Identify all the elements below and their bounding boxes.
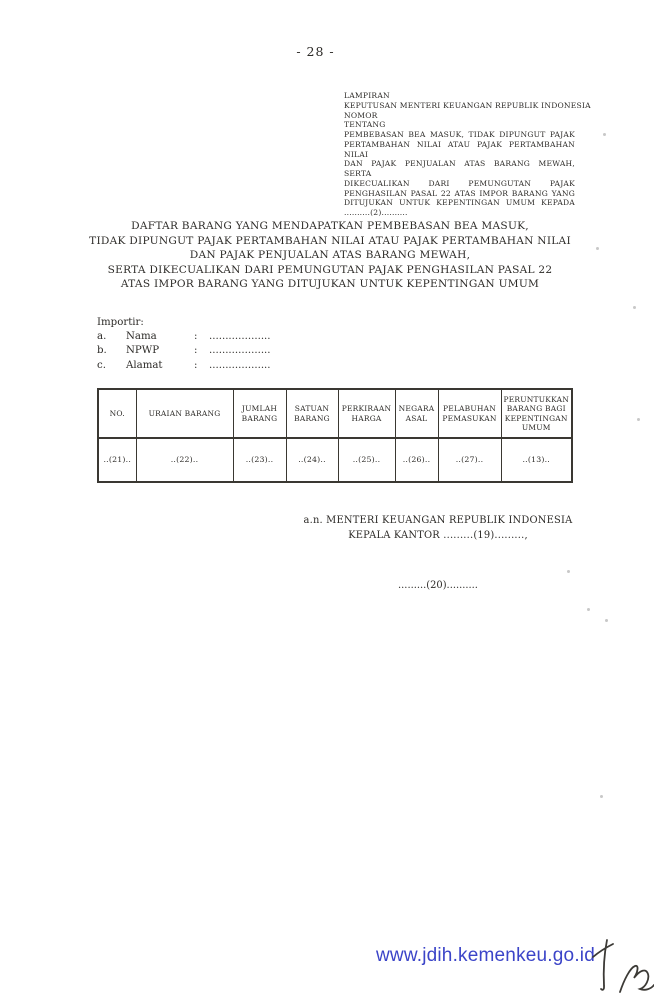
cell-negara-asal: ..(26).. — [395, 438, 438, 482]
lampiran-line: DITUJUKAN UNTUK KEPENTINGAN UMUM KEPADA — [344, 198, 575, 208]
handwritten-pen-mark — [580, 928, 654, 1000]
scan-speck — [567, 570, 570, 573]
cell-peruntukkan: ..(13).. — [501, 438, 572, 482]
scan-speck — [603, 133, 606, 136]
importer-row-alamat: c. Alamat : ................... — [97, 359, 271, 373]
scan-speck — [600, 795, 603, 798]
goods-table-header-row: NO. URAIAN BARANG JUMLAH BARANG SATUAN B… — [98, 389, 572, 438]
signature-block: a.n. MENTERI KEUANGAN REPUBLIK INDONESIA… — [300, 514, 576, 544]
signature-name-placeholder: .........(20).......... — [300, 580, 576, 591]
cell-perkiraan-harga: ..(25).. — [338, 438, 395, 482]
row-label: Nama — [126, 330, 194, 344]
title-line: DAN PAJAK PENJUALAN ATAS BARANG MEWAH, — [82, 248, 578, 263]
title-line: DAFTAR BARANG YANG MENDAPATKAN PEMBEBASA… — [82, 219, 578, 234]
jdih-kemenkeu-url: www.jdih.kemenkeu.go.id — [376, 945, 595, 967]
column-header-negara-asal: NEGARA ASAL — [395, 389, 438, 438]
scan-speck — [637, 418, 640, 421]
pen-stroke-cross-bar — [593, 944, 613, 957]
lampiran-line: TENTANG — [344, 120, 575, 130]
row-colon: : — [194, 344, 209, 358]
title-line: ATAS IMPOR BARANG YANG DITUJUKAN UNTUK K… — [82, 277, 578, 292]
row-label: NPWP — [126, 344, 194, 358]
lampiran-line: DIKECUALIKAN DARI PEMUNGUTAN PAJAK — [344, 179, 575, 189]
column-header-perkiraan-harga: PERKIRAAN HARGA — [338, 389, 395, 438]
page-number: - 28 - — [0, 44, 631, 59]
title-line: SERTA DIKECUALIKAN DARI PEMUNGUTAN PAJAK… — [82, 263, 578, 278]
scan-speck — [596, 247, 599, 250]
title-line: TIDAK DIPUNGUT PAJAK PERTAMBAHAN NILAI A… — [82, 234, 578, 249]
importer-section: Importir: a. Nama : ................... … — [97, 316, 271, 373]
column-header-peruntukkan: PERUNTUKKAN BARANG BAGI KEPENTINGAN UMUM — [501, 389, 572, 438]
lampiran-line: PEMBEBASAN BEA MASUK, TIDAK DIPUNGUT PAJ… — [344, 130, 575, 140]
row-letter: c. — [97, 359, 126, 373]
importer-heading: Importir: — [97, 316, 271, 330]
column-header-uraian-barang: URAIAN BARANG — [136, 389, 233, 438]
signature-office-line: KEPALA KANTOR .........(19)........., — [300, 529, 576, 544]
cell-uraian-barang: ..(22).. — [136, 438, 233, 482]
lampiran-line: KEPUTUSAN MENTERI KEUANGAN REPUBLIK INDO… — [344, 101, 575, 111]
signature-authority-line: a.n. MENTERI KEUANGAN REPUBLIK INDONESIA — [300, 514, 576, 529]
row-colon: : — [194, 330, 209, 344]
cell-jumlah-barang: ..(23).. — [233, 438, 286, 482]
lampiran-line: DAN PAJAK PENJUALAN ATAS BARANG MEWAH, S… — [344, 159, 575, 179]
cell-pelabuhan-pemasukan: ..(27).. — [438, 438, 501, 482]
lampiran-line: PENGHASILAN PASAL 22 ATAS IMPOR BARANG Y… — [344, 189, 575, 199]
lampiran-header-block: LAMPIRAN KEPUTUSAN MENTERI KEUANGAN REPU… — [344, 91, 575, 218]
lampiran-line: PERTAMBAHAN NILAI ATAU PAJAK PERTAMBAHAN… — [344, 140, 575, 160]
lampiran-line: LAMPIRAN — [344, 91, 575, 101]
document-page: - 28 - LAMPIRAN KEPUTUSAN MENTERI KEUANG… — [0, 0, 654, 1000]
cell-no: ..(21).. — [98, 438, 136, 482]
importer-row-npwp: b. NPWP : ................... — [97, 344, 271, 358]
scan-speck — [633, 306, 636, 309]
row-letter: a. — [97, 330, 126, 344]
column-header-pelabuhan-pemasukan: PELABUHAN PEMASUKAN — [438, 389, 501, 438]
scan-speck — [605, 619, 608, 622]
column-header-jumlah-barang: JUMLAH BARANG — [233, 389, 286, 438]
row-value-placeholder: ................... — [209, 344, 271, 358]
column-header-no: NO. — [98, 389, 136, 438]
row-label: Alamat — [126, 359, 194, 373]
cell-satuan-barang: ..(24).. — [286, 438, 338, 482]
row-colon: : — [194, 359, 209, 373]
importer-row-nama: a. Nama : ................... — [97, 330, 271, 344]
row-letter: b. — [97, 344, 126, 358]
pen-stroke-squiggle — [620, 966, 654, 992]
document-title: DAFTAR BARANG YANG MENDAPATKAN PEMBEBASA… — [82, 219, 578, 292]
scan-speck — [587, 608, 590, 611]
goods-table: NO. URAIAN BARANG JUMLAH BARANG SATUAN B… — [97, 388, 573, 483]
row-value-placeholder: ................... — [209, 330, 271, 344]
lampiran-line: ..........(2).......... — [344, 208, 575, 218]
column-header-satuan-barang: SATUAN BARANG — [286, 389, 338, 438]
row-value-placeholder: ................... — [209, 359, 271, 373]
table-row: ..(21).. ..(22).. ..(23).. ..(24).. ..(2… — [98, 438, 572, 482]
lampiran-line: NOMOR — [344, 111, 575, 121]
